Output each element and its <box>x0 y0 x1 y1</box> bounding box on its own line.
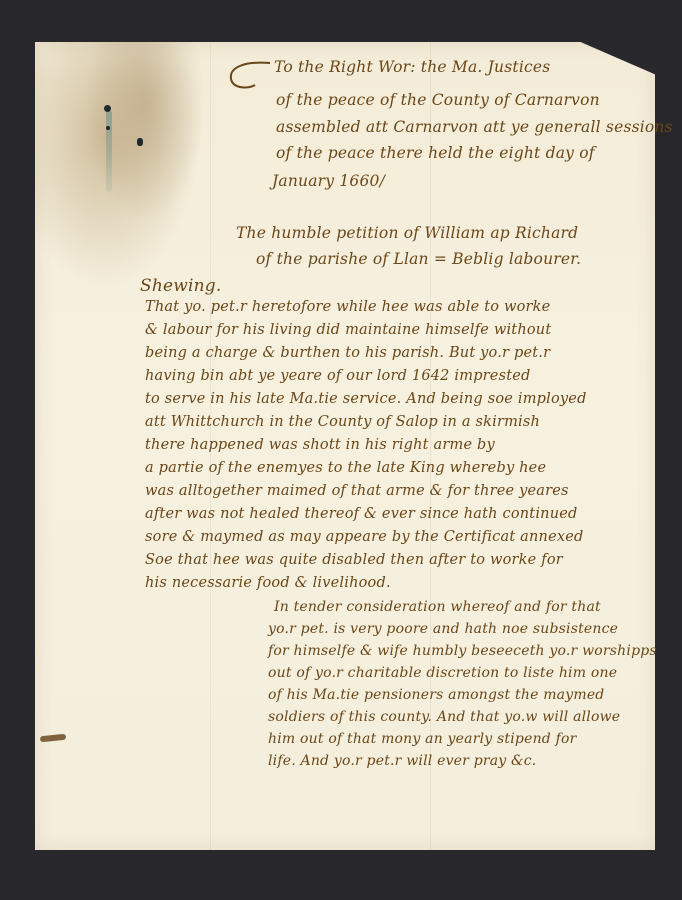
prayer-line: out of yo.r charitable discretion to lis… <box>268 666 617 680</box>
address-line: of the peace there held the eight day of <box>276 146 595 162</box>
body-line: That yo. pet.r heretofore while hee was … <box>145 300 550 315</box>
ink-blot <box>137 138 143 146</box>
address-line: assembled att Carnarvon att ye generall … <box>276 120 673 136</box>
address-line: To the Right Wor: the Ma. Justices <box>274 60 550 76</box>
body-line: after was not healed thereof & ever sinc… <box>145 507 578 522</box>
prayer-line: yo.r pet. is very poore and hath noe sub… <box>268 622 618 636</box>
body-line: having bin abt ye yeare of our lord 1642… <box>145 369 531 384</box>
ink-blot <box>104 105 111 112</box>
address-block: To the Right Wor: the Ma. Justices of th… <box>256 60 656 200</box>
petition-body: That yo. pet.r heretofore while hee was … <box>145 300 660 600</box>
prayer-line: soldiers of this county. And that yo.w w… <box>268 710 620 724</box>
body-line: Soe that hee was quite disabled then aft… <box>145 553 563 568</box>
sheweth-heading: Shewing. <box>140 278 221 295</box>
prayer-line: him out of that mony an yearly stipend f… <box>268 732 577 746</box>
address-line: of the peace of the County of Carnarvon <box>276 93 600 109</box>
prayer-line: life. And yo.r pet.r will ever pray &c. <box>268 754 536 768</box>
body-line: his necessarie food & livelihood. <box>145 576 391 591</box>
title-line: The humble petition of William ap Richar… <box>236 226 578 242</box>
ink-blot <box>106 126 110 130</box>
prayer-line: In tender consideration whereof and for … <box>274 600 601 614</box>
body-line: to serve in his late Ma.tie service. And… <box>145 392 587 407</box>
prayer-line: for himselfe & wife humbly beseeceth yo.… <box>268 644 657 658</box>
title-line: of the parishe of Llan = Beblig labourer… <box>256 252 581 268</box>
calligraphic-flourish-icon <box>225 55 275 105</box>
body-line: was alltogether maimed of that arme & fo… <box>145 484 569 499</box>
ink-stain-streak <box>106 110 112 192</box>
body-line: there happened was shott in his right ar… <box>145 438 495 453</box>
petition-title: The humble petition of William ap Richar… <box>226 226 656 276</box>
body-line: att Whittchurch in the County of Salop i… <box>145 415 540 430</box>
prayer-line: of his Ma.tie pensioners amongst the may… <box>268 688 604 702</box>
address-line: January 1660/ <box>272 174 385 190</box>
body-line: being a charge & burthen to his parish. … <box>145 346 550 361</box>
petition-prayer: In tender consideration whereof and for … <box>268 600 660 780</box>
body-line: & labour for his living did maintaine hi… <box>145 323 551 338</box>
body-line: a partie of the enemyes to the late King… <box>145 461 546 476</box>
body-line: sore & maymed as may appeare by the Cert… <box>145 530 584 545</box>
